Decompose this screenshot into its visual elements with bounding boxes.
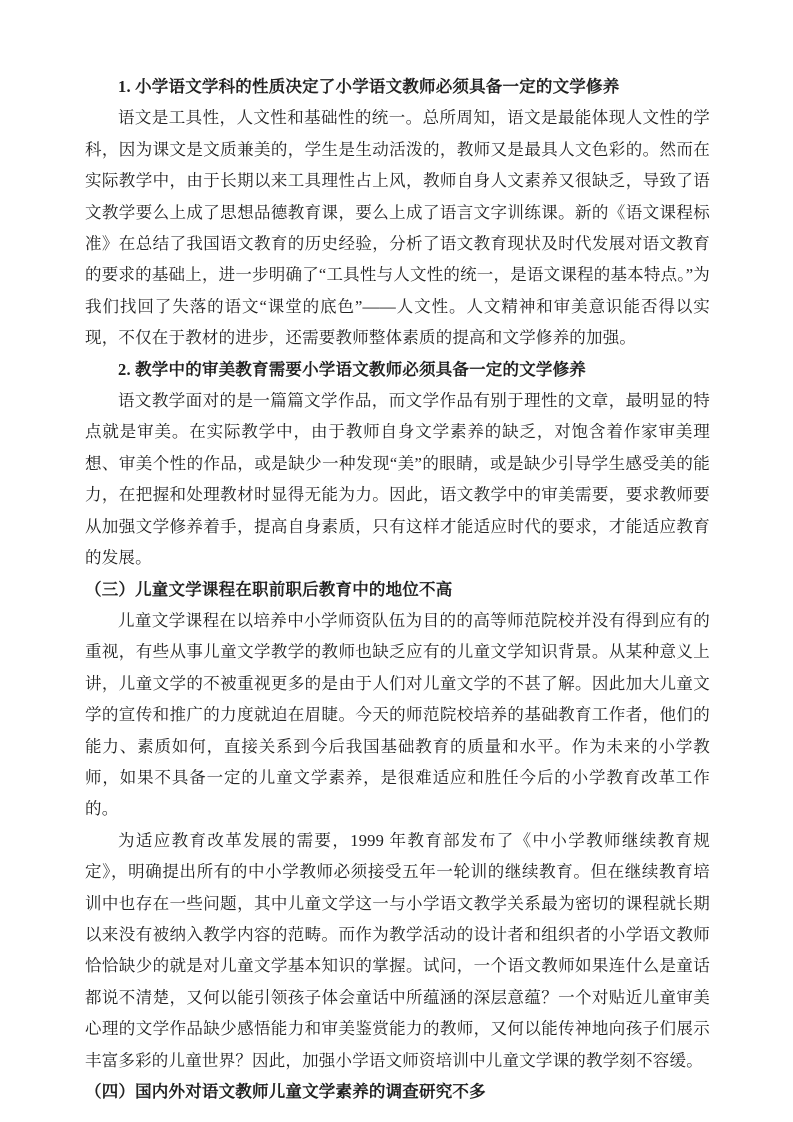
section-heading-three: （三）儿童文学课程在职前职后教育中的地位不高 (85, 574, 710, 605)
body-paragraph: 儿童文学课程在以培养中小学师资队伍为目的的高等师范院校并没有得到应有的重视，有些… (85, 605, 710, 825)
document-page: 1. 小学语文学科的性质决定了小学语文教师必须具备一定的文学修养 语文是工具性，… (0, 0, 793, 1122)
section-heading-four: （四）国内外对语文教师儿童文学素养的调查研究不多 (85, 1076, 710, 1107)
body-paragraph: 语文是工具性，人文性和基础性的统一。总所周知，语文是最能体现人文性的学科，因为课… (85, 102, 710, 353)
body-paragraph: 为适应教育改革发展的需要，1999 年教育部发布了《中小学教师继续教育规定》，明… (85, 825, 710, 1076)
section-heading-2: 2. 教学中的审美教育需要小学语文教师必须具备一定的文学修养 (85, 354, 710, 385)
section-heading-1: 1. 小学语文学科的性质决定了小学语文教师必须具备一定的文学修养 (85, 71, 710, 102)
body-paragraph: 语文教学面对的是一篇篇文学作品，而文学作品有别于理性的文章，最明显的特点就是审美… (85, 385, 710, 573)
